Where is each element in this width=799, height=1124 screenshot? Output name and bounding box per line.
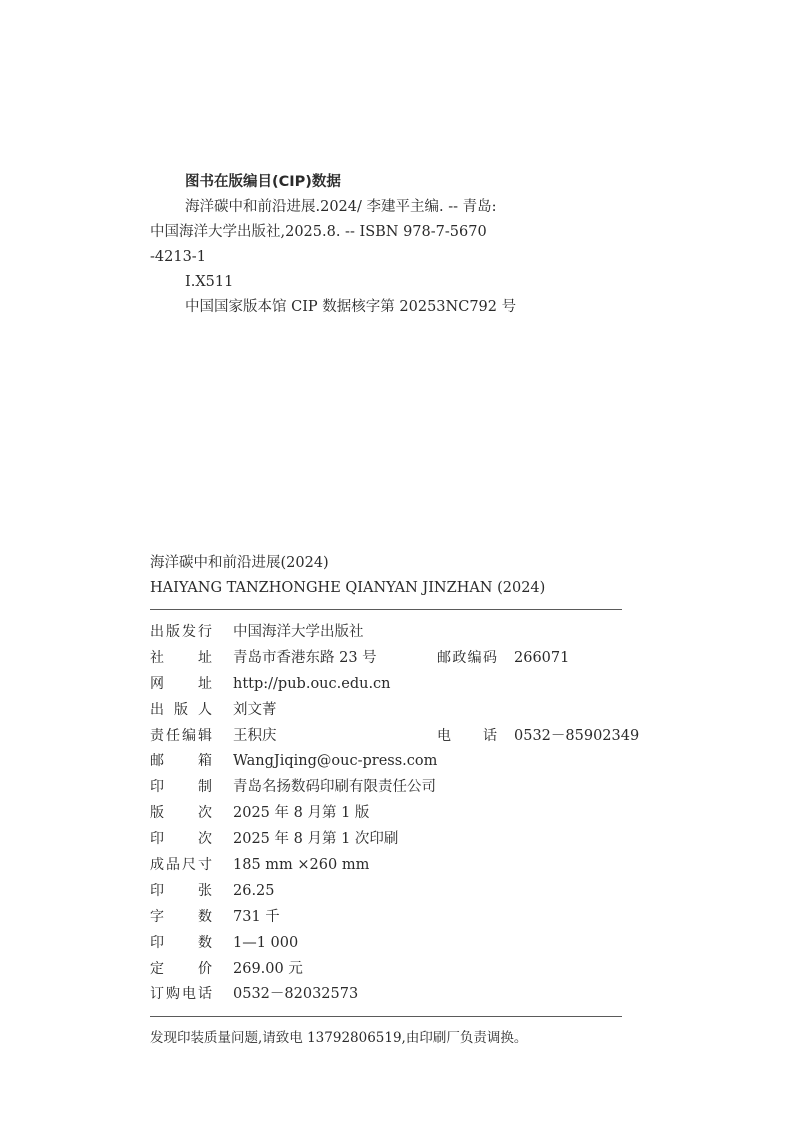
info-value: 2025 年 8 月第 1 次印刷 — [233, 827, 398, 853]
cip-line-isbn-cont: -4213-1 — [150, 245, 630, 270]
info-label-char: 制 — [198, 775, 212, 801]
info-label-char: 购 — [166, 982, 180, 1008]
bottom-divider — [150, 1016, 622, 1017]
info-value: 26.25 — [233, 879, 275, 905]
info-label-char: 出 — [150, 698, 164, 724]
info-row: 出版发行中国海洋大学出版社 — [150, 620, 630, 646]
info-label-char: 定 — [150, 957, 164, 983]
info-label-char: 电 — [437, 724, 451, 750]
info-row: 字数731 千 — [150, 905, 630, 931]
info-row: 版次2025 年 8 月第 1 版 — [150, 801, 630, 827]
info-label-char: 码 — [483, 646, 497, 672]
info-label-char: 址 — [198, 646, 212, 672]
info-label-char: 印 — [150, 879, 164, 905]
info-label-char: 编 — [468, 646, 482, 672]
quality-notice: 发现印装质量问题,请致电 13792806519,由印刷厂负责调换。 — [150, 1027, 527, 1049]
info-label-char: 出 — [150, 620, 164, 646]
info-label-char: 邮 — [437, 646, 451, 672]
info-label-char: 行 — [198, 620, 212, 646]
info-label: 印张 — [150, 879, 212, 905]
info-row: 订购电话0532－82032573 — [150, 982, 630, 1008]
info-label: 印制 — [150, 775, 212, 801]
info-label-char: 次 — [198, 801, 212, 827]
info-label: 版次 — [150, 801, 212, 827]
info-value-secondary: 0532－85902349 — [514, 724, 639, 750]
info-row: 邮箱WangJiqing@ouc-press.com — [150, 749, 630, 775]
info-label-char: 箱 — [198, 749, 212, 775]
info-label-char: 字 — [150, 905, 164, 931]
info-label: 印数 — [150, 931, 212, 957]
book-title-pinyin: HAIYANG TANZHONGHE QIANYAN JINZHAN (2024… — [150, 576, 545, 601]
info-row: 出版人刘文菁 — [150, 698, 630, 724]
info-label-char: 印 — [150, 827, 164, 853]
info-label-char: 尺 — [182, 853, 196, 879]
info-label: 责任编辑 — [150, 724, 212, 750]
info-label-char: 价 — [198, 957, 212, 983]
publication-info-table: 出版发行中国海洋大学出版社社址青岛市香港东路 23 号邮政编码266071网址h… — [150, 620, 630, 1008]
info-label: 订购电话 — [150, 982, 212, 1008]
top-divider — [150, 609, 622, 610]
info-label-char: 版 — [166, 620, 180, 646]
info-value: 王积庆 — [233, 724, 277, 750]
cip-heading: 图书在版编目(CIP)数据 — [150, 170, 630, 195]
info-label-char: 邮 — [150, 749, 164, 775]
info-label: 出版发行 — [150, 620, 212, 646]
info-value: 0532－82032573 — [233, 982, 358, 1008]
info-label-char: 政 — [452, 646, 466, 672]
info-label: 成品尺寸 — [150, 853, 212, 879]
info-value: 青岛市香港东路 23 号 — [233, 646, 377, 672]
cip-line-record-number: 中国国家版本馆 CIP 数据核字第 20253NC792 号 — [150, 295, 630, 320]
info-label-char: 辑 — [198, 724, 212, 750]
info-value: 青岛名扬数码印刷有限责任公司 — [233, 775, 436, 801]
info-value: 中国海洋大学出版社 — [233, 620, 364, 646]
info-label-char: 发 — [182, 620, 196, 646]
info-label-char: 话 — [483, 724, 497, 750]
info-row: 印制青岛名扬数码印刷有限责任公司 — [150, 775, 630, 801]
info-label: 社址 — [150, 646, 212, 672]
info-label-char: 张 — [198, 879, 212, 905]
info-label-char: 数 — [198, 905, 212, 931]
info-label-char: 品 — [166, 853, 180, 879]
cip-data-block: 图书在版编目(CIP)数据 海洋碳中和前沿进展.2024/ 李建平主编. -- … — [150, 170, 630, 320]
info-label-char: 责 — [150, 724, 164, 750]
info-value: 1—1 000 — [233, 931, 298, 957]
info-label-char: 电 — [182, 982, 196, 1008]
info-label-char: 成 — [150, 853, 164, 879]
info-row: 印次2025 年 8 月第 1 次印刷 — [150, 827, 630, 853]
info-label-char: 版 — [150, 801, 164, 827]
info-label-char: 版 — [174, 698, 188, 724]
info-value-secondary: 266071 — [514, 646, 569, 672]
info-label-char: 寸 — [198, 853, 212, 879]
info-label: 印次 — [150, 827, 212, 853]
info-label: 出版人 — [150, 698, 212, 724]
info-value: 269.00 元 — [233, 957, 303, 983]
info-label-char: 人 — [198, 698, 212, 724]
info-label: 定价 — [150, 957, 212, 983]
info-value: http://pub.ouc.edu.cn — [233, 672, 391, 698]
info-value: WangJiqing@ouc-press.com — [233, 749, 437, 775]
cip-line-title: 海洋碳中和前沿进展.2024/ 李建平主编. -- 青岛: — [150, 195, 630, 220]
info-label: 邮箱 — [150, 749, 212, 775]
info-label-char: 编 — [182, 724, 196, 750]
info-row: 成品尺寸185 mm ×260 mm — [150, 853, 630, 879]
info-row: 责任编辑王积庆电话0532－85902349 — [150, 724, 630, 750]
info-label-char: 话 — [198, 982, 212, 1008]
cip-line-classification: Ⅰ.X511 — [150, 270, 630, 295]
info-value: 731 千 — [233, 905, 280, 931]
info-row: 印张26.25 — [150, 879, 630, 905]
book-title-chinese: 海洋碳中和前沿进展(2024) — [150, 551, 545, 576]
info-label-secondary: 电话 — [437, 724, 497, 750]
info-label-char: 数 — [198, 931, 212, 957]
info-label-char: 印 — [150, 775, 164, 801]
info-row: 印数1—1 000 — [150, 931, 630, 957]
info-row: 网址http://pub.ouc.edu.cn — [150, 672, 630, 698]
info-label-char: 订 — [150, 982, 164, 1008]
info-label: 字数 — [150, 905, 212, 931]
info-label: 网址 — [150, 672, 212, 698]
info-value: 刘文菁 — [233, 698, 277, 724]
info-label-char: 印 — [150, 931, 164, 957]
cip-line-publisher: 中国海洋大学出版社,2025.8. -- ISBN 978-7-5670 — [150, 220, 630, 245]
info-value: 185 mm ×260 mm — [233, 853, 369, 879]
info-label-char: 址 — [198, 672, 212, 698]
info-label-secondary: 邮政编码 — [437, 646, 497, 672]
info-row: 定价269.00 元 — [150, 957, 630, 983]
book-titles: 海洋碳中和前沿进展(2024) HAIYANG TANZHONGHE QIANY… — [150, 551, 545, 601]
info-label-char: 网 — [150, 672, 164, 698]
info-label-char: 社 — [150, 646, 164, 672]
info-label-char: 任 — [166, 724, 180, 750]
info-label-char: 次 — [198, 827, 212, 853]
info-row: 社址青岛市香港东路 23 号邮政编码266071 — [150, 646, 630, 672]
info-value: 2025 年 8 月第 1 版 — [233, 801, 369, 827]
